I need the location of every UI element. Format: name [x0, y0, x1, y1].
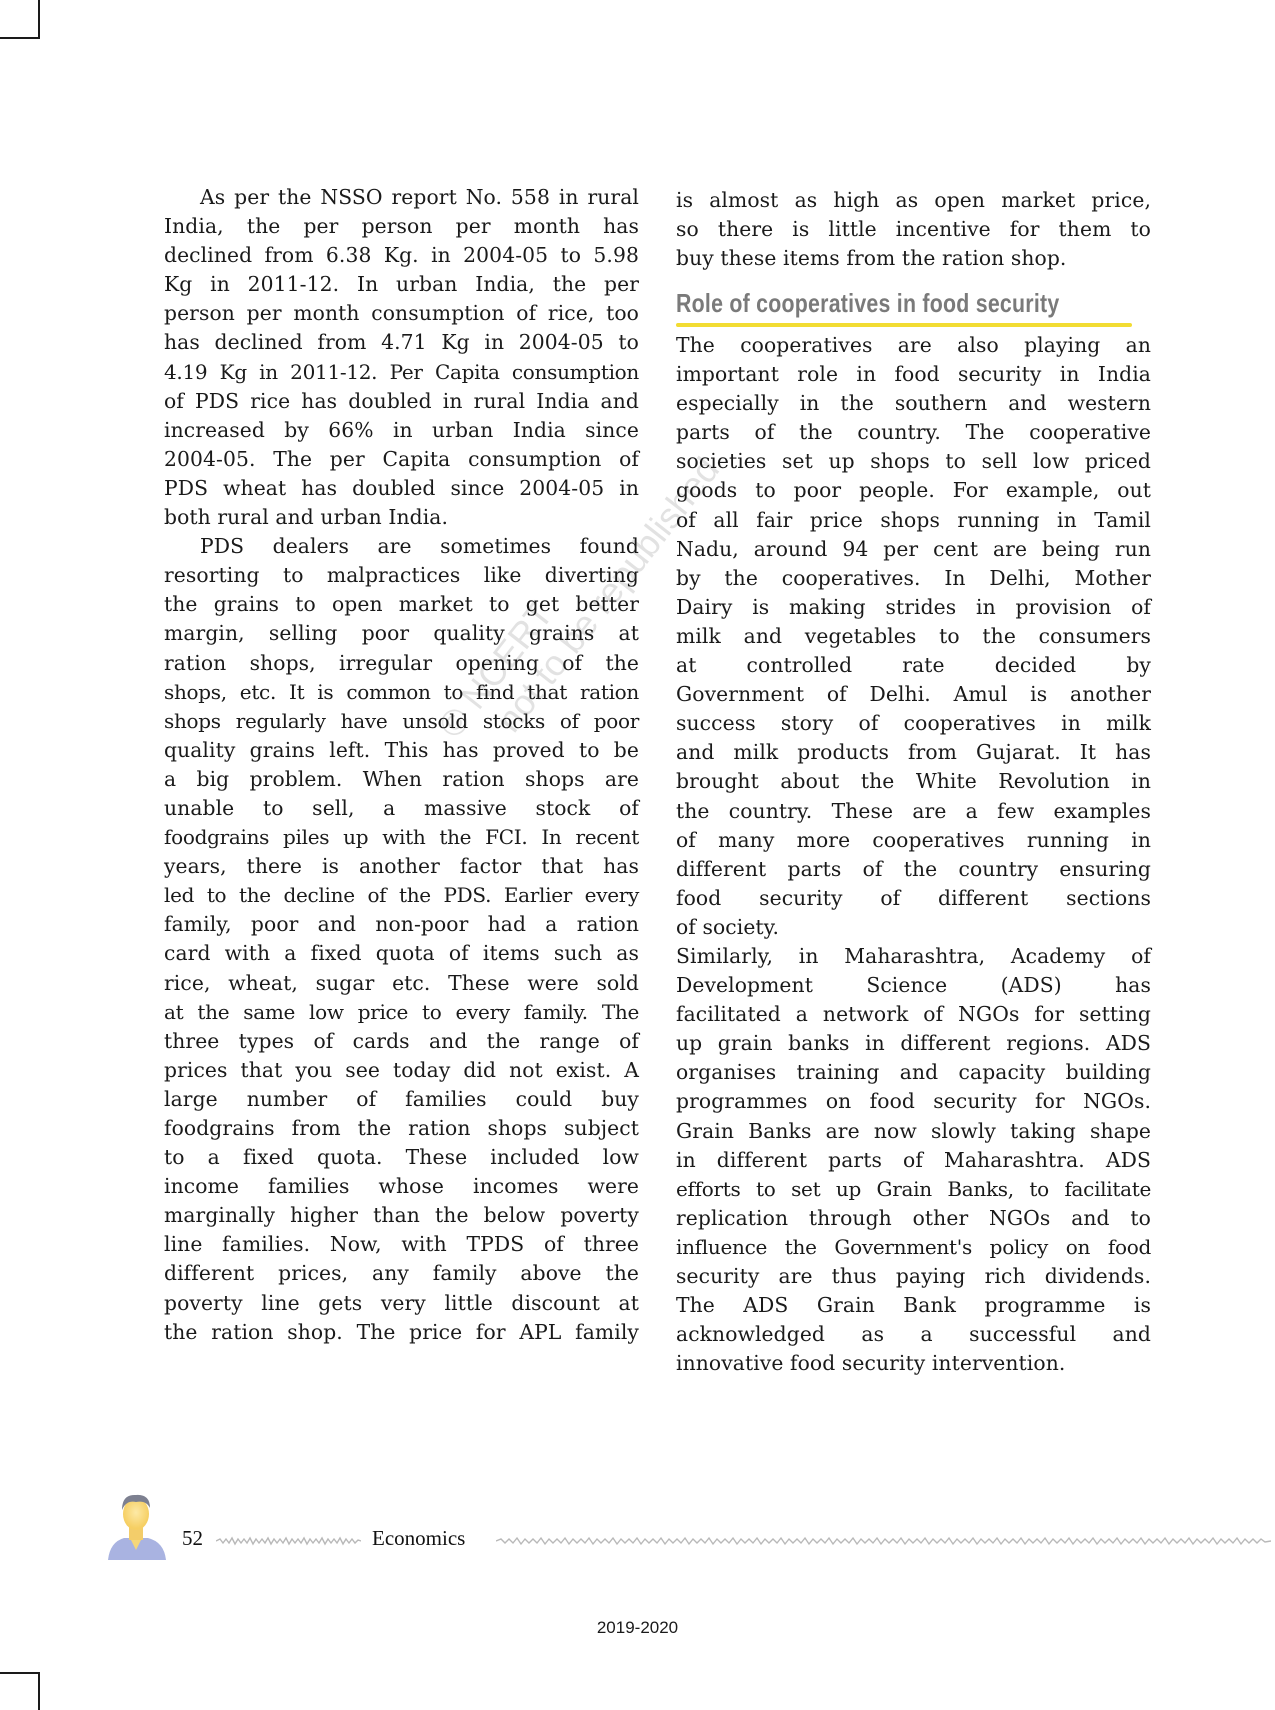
text-line: to a fixed quota. These included low: [164, 1143, 639, 1172]
text-line: ration shops, irregular opening of the: [164, 649, 639, 678]
crop-mark-top-left-vertical: [38, 0, 40, 39]
edition-year: 2019-2020: [0, 1618, 1275, 1638]
text-line: both rural and urban India.: [164, 503, 639, 532]
text-line: influence the Government's policy on foo…: [676, 1233, 1151, 1262]
text-line: shops, etc. It is common to find that ra…: [164, 678, 639, 707]
page-number: 52: [182, 1526, 203, 1551]
text-line: unable to sell, a massive stock of: [164, 794, 639, 823]
text-line: PDS dealers are sometimes found: [164, 532, 639, 561]
left-column: As per the NSSO report No. 558 in rural …: [164, 183, 639, 1347]
text-line: at controlled rate decided by: [676, 651, 1151, 680]
crop-mark-bottom-left-vertical: [38, 1672, 40, 1710]
heading-underline: [676, 323, 1132, 327]
text-line: rice, wheat, sugar etc. These were sold: [164, 969, 639, 998]
decorative-squiggle-right: [496, 1536, 1271, 1546]
text-line: large number of families could buy: [164, 1085, 639, 1114]
text-line: Dairy is making strides in provision of: [676, 593, 1151, 622]
text-line: food security of different sections: [676, 884, 1151, 913]
text-line: the ration shop. The price for APL famil…: [164, 1318, 639, 1347]
text-line: quality grains left. This has proved to …: [164, 736, 639, 765]
text-line: organises training and capacity building: [676, 1058, 1151, 1087]
text-line: milk and vegetables to the consumers: [676, 622, 1151, 651]
text-line: declined from 6.38 Kg. in 2004-05 to 5.9…: [164, 241, 639, 270]
text-line: poverty line gets very little discount a…: [164, 1289, 639, 1318]
text-line: and milk products from Gujarat. It has: [676, 738, 1151, 767]
student-figure-icon: [102, 1490, 170, 1562]
book-title: Economics: [372, 1526, 465, 1551]
text-line: parts of the country. The cooperative: [676, 418, 1151, 447]
text-line: societies set up shops to sell low price…: [676, 447, 1151, 476]
text-line: different prices, any family above the: [164, 1259, 639, 1288]
text-line: replication through other NGOs and to: [676, 1204, 1151, 1233]
text-line: so there is little incentive for them to: [676, 215, 1151, 244]
text-line: buy these items from the ration shop.: [676, 244, 1151, 273]
text-line: Nadu, around 94 per cent are being run: [676, 535, 1151, 564]
text-line: of PDS rice has doubled in rural India a…: [164, 387, 639, 416]
text-line: prices that you see today did not exist.…: [164, 1056, 639, 1085]
text-line: family, poor and non-poor had a ration: [164, 910, 639, 939]
text-line: brought about the White Revolution in: [676, 767, 1151, 796]
text-line: Grain Banks are now slowly taking shape: [676, 1117, 1151, 1146]
text-line: Similarly, in Maharashtra, Academy of: [676, 942, 1151, 971]
decorative-squiggle-left: [216, 1536, 361, 1546]
crop-mark-top-left-horizontal: [0, 37, 40, 39]
text-line: The ADS Grain Bank programme is: [676, 1291, 1151, 1320]
text-line: line families. Now, with TPDS of three: [164, 1230, 639, 1259]
text-line: of all fair price shops running in Tamil: [676, 506, 1151, 535]
text-line: acknowledged as a successful and: [676, 1320, 1151, 1349]
text-line: 4.19 Kg in 2011-12. Per Capita consumpti…: [164, 358, 639, 387]
text-line: programmes on food security for NGOs.: [676, 1087, 1151, 1116]
text-line: margin, selling poor quality grains at: [164, 619, 639, 648]
text-line: the grains to open market to get better: [164, 590, 639, 619]
text-line: foodgrains from the ration shops subject: [164, 1114, 639, 1143]
text-line: led to the decline of the PDS. Earlier e…: [164, 881, 639, 910]
text-line: goods to poor people. For example, out: [676, 476, 1151, 505]
text-line: success story of cooperatives in milk: [676, 709, 1151, 738]
right-column-intro: is almost as high as open market price, …: [676, 186, 1151, 273]
right-column-body: The cooperatives are also playing an imp…: [676, 331, 1151, 1378]
text-line: shops regularly have unsold stocks of po…: [164, 707, 639, 736]
text-line: India, the per person per month has: [164, 212, 639, 241]
text-line: Development Science (ADS) has: [676, 971, 1151, 1000]
text-line: a big problem. When ration shops are: [164, 765, 639, 794]
text-line: The cooperatives are also playing an: [676, 331, 1151, 360]
text-line: person per month consumption of rice, to…: [164, 299, 639, 328]
text-line: years, there is another factor that has: [164, 852, 639, 881]
text-line: resorting to malpractices like diverting: [164, 561, 639, 590]
text-line: Kg in 2011-12. In urban India, the per: [164, 270, 639, 299]
text-line: by the cooperatives. In Delhi, Mother: [676, 564, 1151, 593]
text-line: the country. These are a few examples: [676, 797, 1151, 826]
text-line: increased by 66% in urban India since: [164, 416, 639, 445]
text-line: income families whose incomes were: [164, 1172, 639, 1201]
text-line: card with a fixed quota of items such as: [164, 939, 639, 968]
text-line: innovative food security intervention.: [676, 1349, 1151, 1378]
text-line: different parts of the country ensuring: [676, 855, 1151, 884]
text-line: foodgrains piles up with the FCI. In rec…: [164, 823, 639, 852]
text-line: As per the NSSO report No. 558 in rural: [164, 183, 639, 212]
section-heading-text: Role of cooperatives in food security: [676, 285, 1059, 321]
text-line: at the same low price to every family. T…: [164, 998, 639, 1027]
section-heading: Role of cooperatives in food security: [676, 285, 1132, 327]
text-line: Government of Delhi. Amul is another: [676, 680, 1151, 709]
text-line: security are thus paying rich dividends.: [676, 1262, 1151, 1291]
text-line: facilitated a network of NGOs for settin…: [676, 1000, 1151, 1029]
text-line: efforts to set up Grain Banks, to facili…: [676, 1175, 1151, 1204]
text-line: 2004-05. The per Capita consumption of: [164, 445, 639, 474]
text-line: marginally higher than the below poverty: [164, 1201, 639, 1230]
text-line: of many more cooperatives running in: [676, 826, 1151, 855]
text-line: is almost as high as open market price,: [676, 186, 1151, 215]
text-line: especially in the southern and western: [676, 389, 1151, 418]
text-line: up grain banks in different regions. ADS: [676, 1029, 1151, 1058]
text-line: of society.: [676, 913, 1151, 942]
crop-mark-bottom-left-horizontal: [0, 1672, 40, 1674]
text-line: three types of cards and the range of: [164, 1027, 639, 1056]
text-line: important role in food security in India: [676, 360, 1151, 389]
text-line: PDS wheat has doubled since 2004-05 in: [164, 474, 639, 503]
page-footer: 52 Economics: [100, 1490, 1275, 1570]
text-line: has declined from 4.71 Kg in 2004-05 to: [164, 328, 639, 357]
text-line: in different parts of Maharashtra. ADS: [676, 1146, 1151, 1175]
